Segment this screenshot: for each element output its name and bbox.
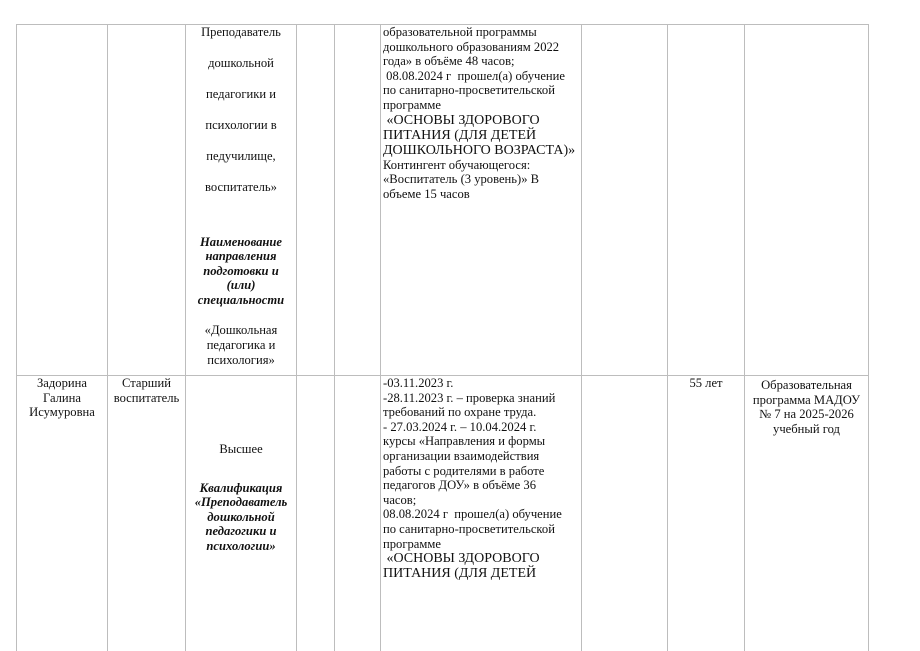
text-line: Исумуровна <box>20 405 104 420</box>
text-line: Преподаватель <box>189 25 293 40</box>
text-line: -03.11.2023 г. <box>383 376 578 391</box>
text-line: Контингент обучающегося: <box>383 158 578 173</box>
text-line: -28.11.2023 г. – проверка знаний <box>383 391 578 406</box>
text-line: Образовательная <box>748 378 865 393</box>
cell-courses: -03.11.2023 г.-28.11.2023 г. – проверка … <box>381 376 582 651</box>
text-line: педучилище, <box>189 149 293 164</box>
text-line: дошкольного образованиям 2022 <box>383 40 578 55</box>
text-line: учебный год <box>748 422 865 437</box>
text-line: специальности <box>189 293 293 308</box>
text-line: программа МАДОУ <box>748 393 865 408</box>
text-line: Задорина <box>20 376 104 391</box>
cell-experience <box>668 25 745 376</box>
education-level: Высшее <box>189 442 293 457</box>
table-row: Преподаватель дошкольной педагогики и пс… <box>17 25 869 376</box>
text-line: программе <box>383 537 578 552</box>
document-page: Преподаватель дошкольной педагогики и пс… <box>0 0 920 651</box>
text-line: «Преподаватель <box>189 495 293 510</box>
text-line: Квалификация <box>189 481 293 496</box>
text-line: «Дошкольная <box>189 323 293 338</box>
cell-program <box>745 25 869 376</box>
text-line: Галина <box>20 391 104 406</box>
text-line: дошкольной <box>189 56 293 71</box>
text-line: образовательной программы <box>383 25 578 40</box>
staff-table: Преподаватель дошкольной педагогики и пс… <box>16 24 869 651</box>
text-line: «ОСНОВЫ ЗДОРОВОГО <box>383 113 578 128</box>
cell-education: Преподаватель дошкольной педагогики и пс… <box>186 25 297 376</box>
text-line: 08.08.2024 г прошел(а) обучение <box>383 69 578 84</box>
text-line: педагогики и <box>189 87 293 102</box>
cell-program: Образовательная программа МАДОУ № 7 на 2… <box>745 376 869 651</box>
text-line: психологии в <box>189 118 293 133</box>
text-line: работы с родителями в работе <box>383 464 578 479</box>
specialty-label: Наименование направления подготовки и (и… <box>189 235 293 308</box>
cell-position: Старший воспитатель <box>108 376 186 651</box>
text-line: ПИТАНИЯ (ДЛЯ ДЕТЕЙ <box>383 566 578 581</box>
cell-name: Задорина Галина Исумуровна <box>17 376 108 651</box>
text-line: направления <box>189 249 293 264</box>
qualification-text: Преподаватель дошкольной педагогики и пс… <box>189 25 293 195</box>
text-line: требований по охране труда. <box>383 405 578 420</box>
cell-courses: образовательной программыдошкольного обр… <box>381 25 582 376</box>
text-line: по санитарно-просветительской <box>383 522 578 537</box>
text-line: ПИТАНИЯ (ДЛЯ ДЕТЕЙ <box>383 128 578 143</box>
text-line: (или) <box>189 278 293 293</box>
courses-text: образовательной программыдошкольного обр… <box>383 25 578 201</box>
text-line: объеме 15 часов <box>383 187 578 202</box>
text-line: психологии» <box>189 539 293 554</box>
text-line: дошкольной <box>189 510 293 525</box>
cell-education: Высшее Квалификация «Преподаватель дошко… <box>186 376 297 651</box>
courses-text: -03.11.2023 г.-28.11.2023 г. – проверка … <box>383 376 578 581</box>
cell-col4 <box>297 25 335 376</box>
text-line: педагогов ДОУ» в объёме 36 <box>383 478 578 493</box>
text-line: года» в объёме 48 часов; <box>383 54 578 69</box>
text-line: по санитарно-просветительской <box>383 83 578 98</box>
text-line: Наименование <box>189 235 293 250</box>
cell-experience: 55 лет <box>668 376 745 651</box>
cell-name <box>17 25 108 376</box>
text-line: - 27.03.2024 г. – 10.04.2024 г. <box>383 420 578 435</box>
text-line: подготовки и <box>189 264 293 279</box>
text-line: ДОШКОЛЬНОГО ВОЗРАСТА)» <box>383 143 578 158</box>
text-line: педагогики и <box>189 524 293 539</box>
cell-col7 <box>582 25 668 376</box>
text-line: 08.08.2024 г прошел(а) обучение <box>383 507 578 522</box>
text-line: воспитатель <box>111 391 182 406</box>
text-line: курсы «Направления и формы <box>383 434 578 449</box>
cell-col4 <box>297 376 335 651</box>
text-line: № 7 на 2025-2026 <box>748 407 865 422</box>
text-line: «ОСНОВЫ ЗДОРОВОГО <box>383 551 578 566</box>
text-line: Старший <box>111 376 182 391</box>
text-line: «Воспитатель (3 уровень)» В <box>383 172 578 187</box>
text-line: психология» <box>189 353 293 368</box>
text-line: педагогика и <box>189 338 293 353</box>
cell-col7 <box>582 376 668 651</box>
cell-col5 <box>335 376 381 651</box>
text-line: часов; <box>383 493 578 508</box>
specialty-value: «Дошкольная педагогика и психология» <box>189 323 293 367</box>
text-line: организации взаимодействия <box>383 449 578 464</box>
text-line: воспитатель» <box>189 180 293 195</box>
cell-position <box>108 25 186 376</box>
qualification-text: Квалификация «Преподаватель дошкольной п… <box>189 481 293 554</box>
cell-col5 <box>335 25 381 376</box>
text-line: программе <box>383 98 578 113</box>
table-row: Задорина Галина Исумуровна Старший воспи… <box>17 376 869 651</box>
